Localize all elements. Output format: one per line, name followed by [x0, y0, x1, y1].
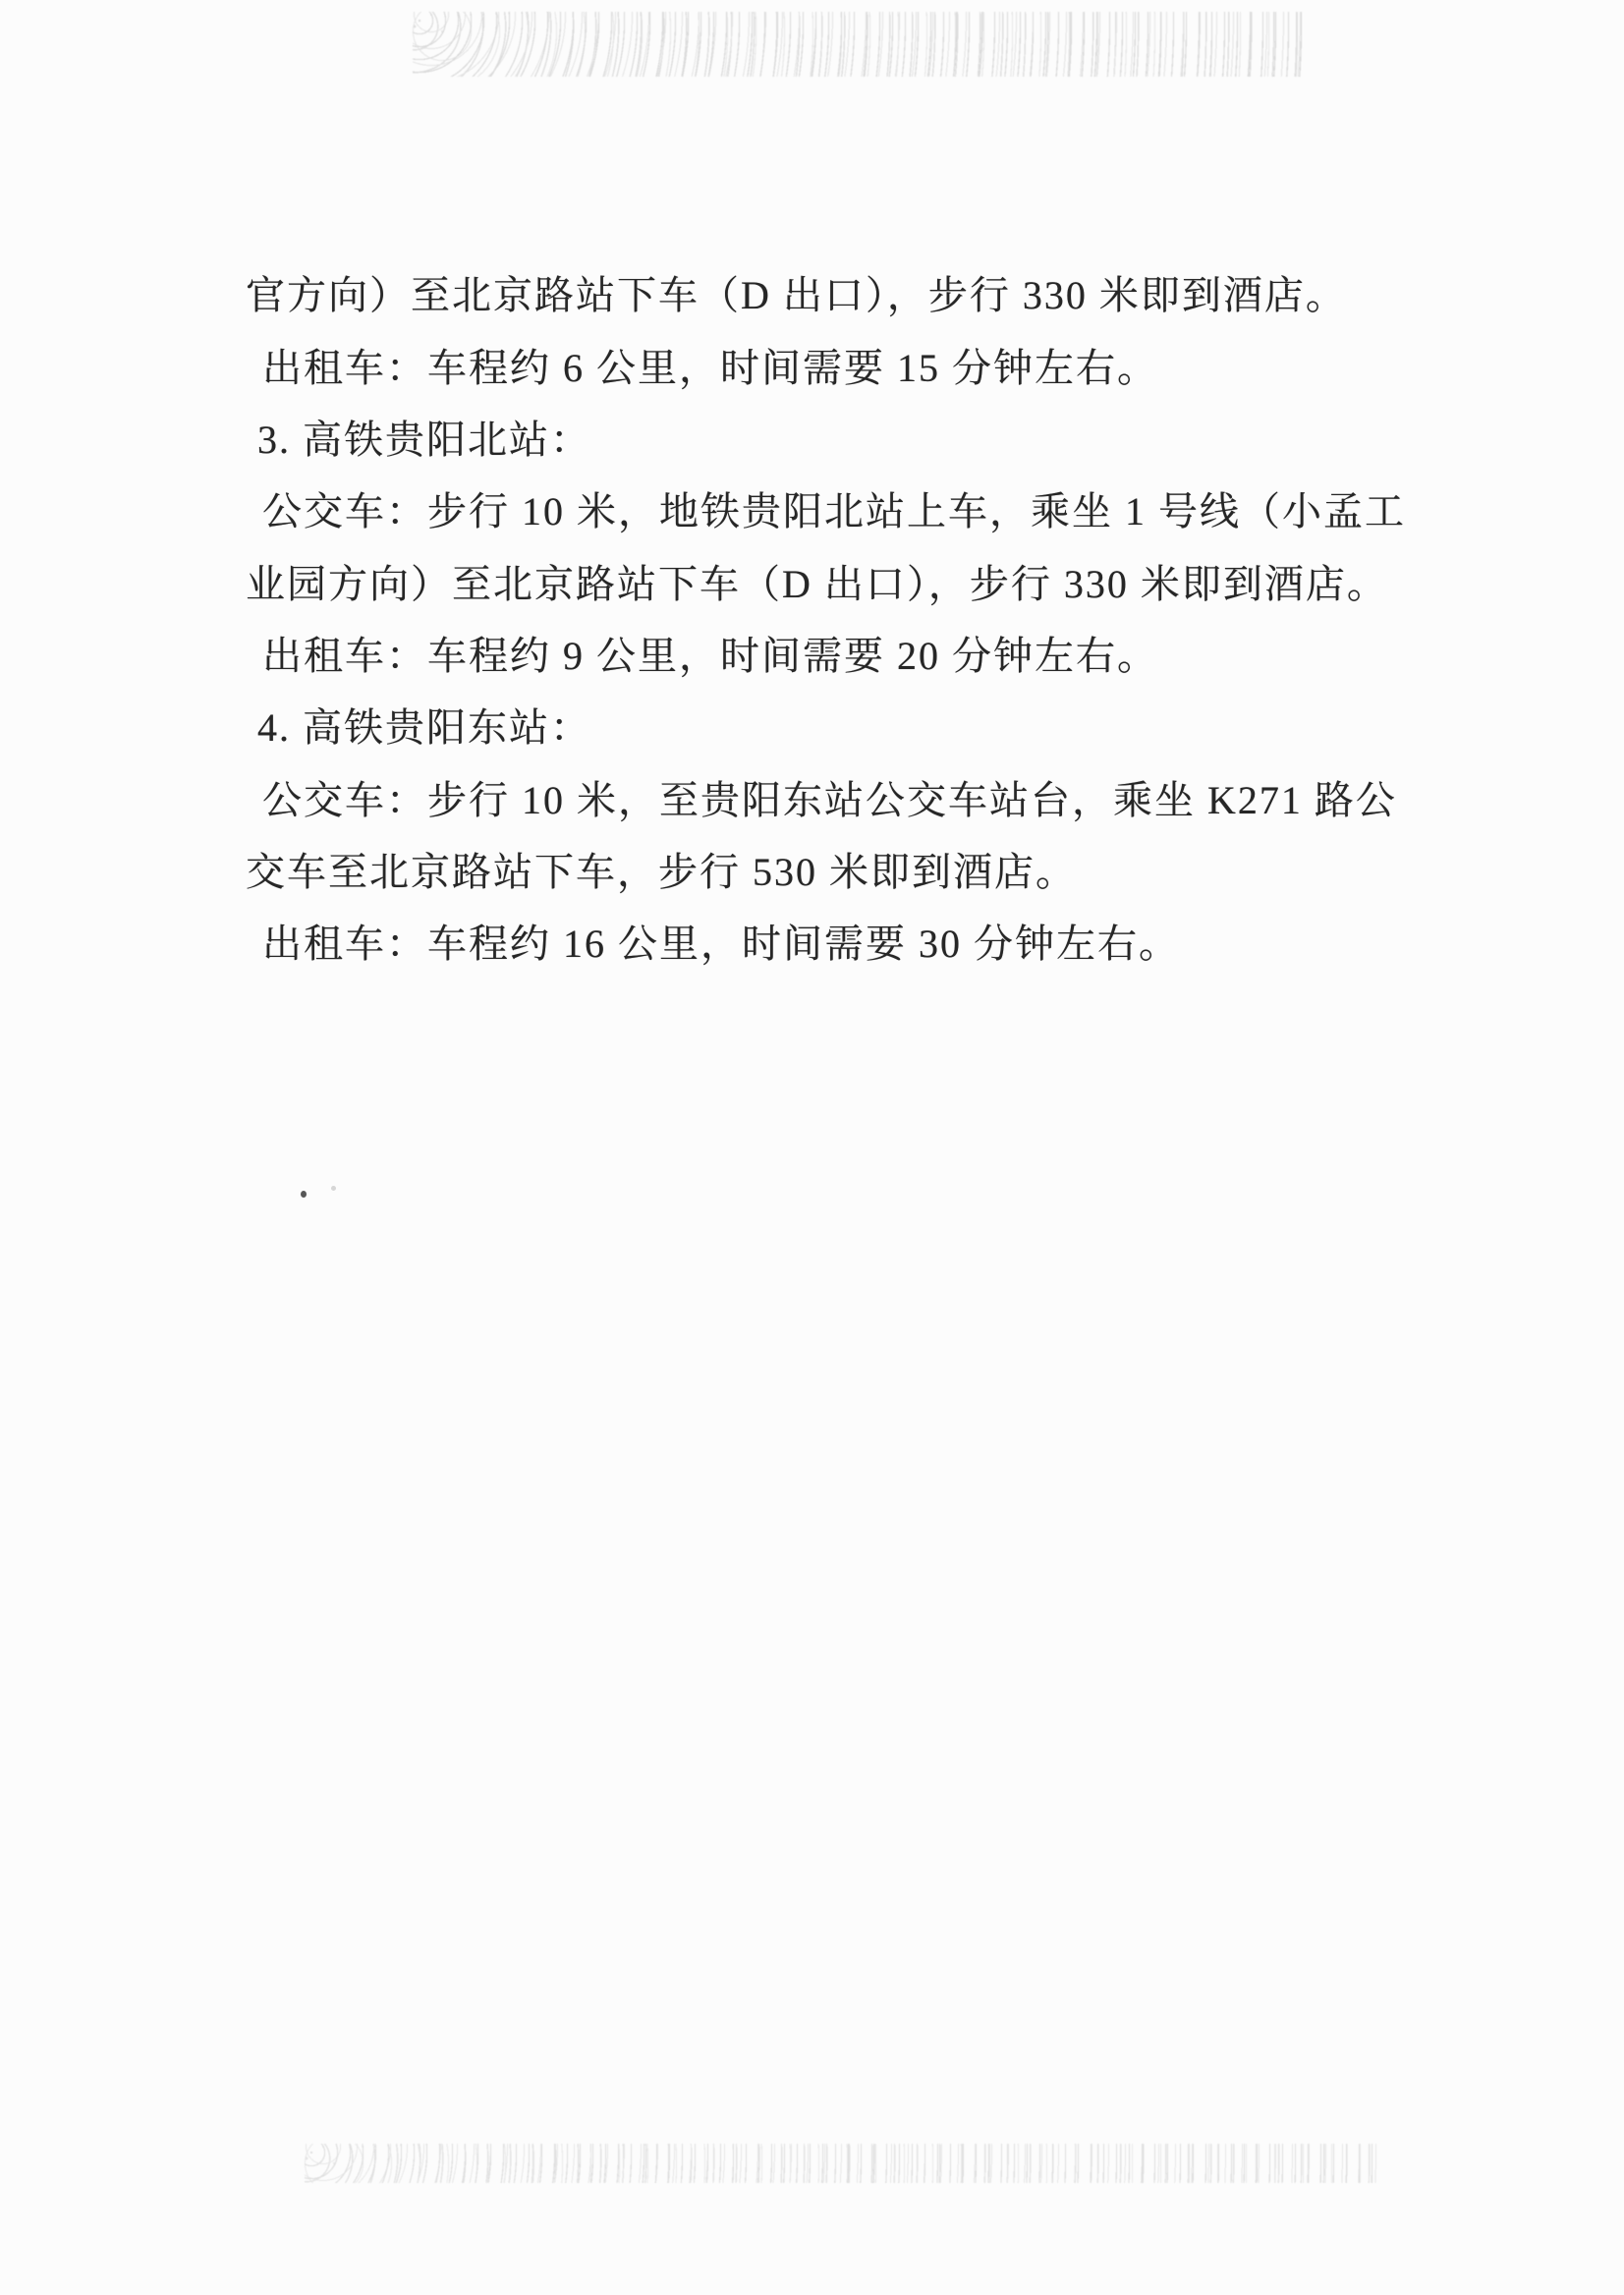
heading-guiyang-north-station: 3. 高铁贵阳北站： [257, 418, 591, 463]
scan-artifact-top [413, 12, 1312, 77]
ink-speck [301, 1191, 307, 1198]
scan-artifact-bottom [305, 2144, 1380, 2183]
bus-directions-north-line-1: 公交车：步行 10 米，地铁贵阳北站上车，乘坐 1 号线（小孟工 [262, 489, 1406, 534]
heading-guiyang-east-station: 4. 高铁贵阳东站： [257, 705, 591, 751]
ink-speck-faint [331, 1186, 336, 1191]
metro-directions-continued-line: 官方向）至北京路站下车（D 出口），步行 330 米即到酒店。 [246, 273, 1347, 318]
taxi-info-line-station-2: 出租车：车程约 6 公里，时间需要 15 分钟左右。 [262, 346, 1158, 391]
bus-directions-east-line-1: 公交车：步行 10 米，至贵阳东站公交车站台，乘坐 K271 路公 [262, 778, 1397, 823]
bus-directions-east-line-2: 交车至北京路站下车，步行 530 米即到酒店。 [246, 850, 1077, 895]
taxi-info-line-east-station: 出租车：车程约 16 公里，时间需要 30 分钟左右。 [262, 922, 1180, 967]
taxi-info-line-north-station: 出租车：车程约 9 公里，时间需要 20 分钟左右。 [262, 634, 1158, 679]
scanned-document-page: 官方向）至北京路站下车（D 出口），步行 330 米即到酒店。 出租车：车程约 … [0, 0, 1624, 2295]
bus-directions-north-line-2: 业园方向）至北京路站下车（D 出口），步行 330 米即到酒店。 [246, 562, 1388, 607]
